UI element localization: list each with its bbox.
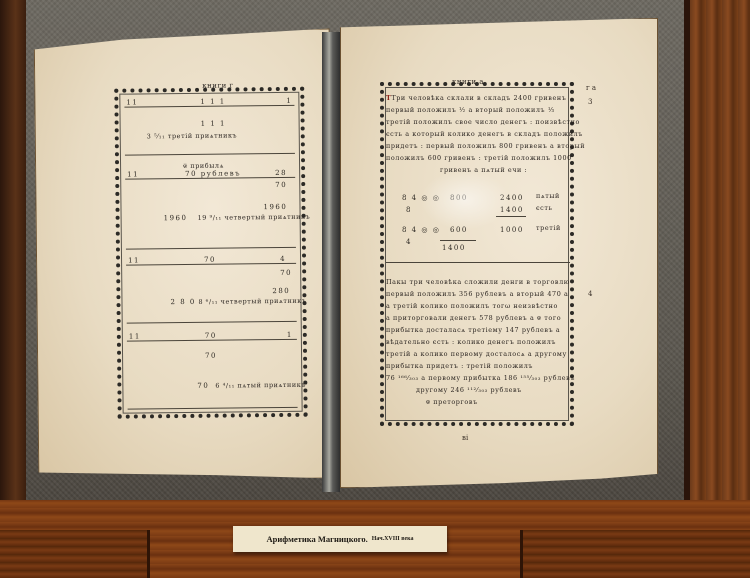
stack-value: 70 bbox=[197, 382, 209, 390]
ratio-value: 280 bbox=[272, 287, 290, 295]
result-text: 8 ⁶/₁₁ четвертый приѧтникъ bbox=[198, 295, 306, 308]
ratio-value: 70 bbox=[280, 269, 292, 277]
left-running-head: книги г bbox=[202, 81, 234, 89]
text-line: Пакы три человѣка сложили денги в торгов… bbox=[386, 276, 570, 288]
margin-note: 4 bbox=[588, 290, 592, 298]
text-line: а приторговали денегъ 578 рублевъ а ѿ то… bbox=[386, 312, 561, 324]
text-line: Три человѣка склали в складъ 2400 гривен… bbox=[391, 94, 566, 102]
right-running-head: книги а bbox=[452, 78, 484, 86]
light-glare bbox=[420, 170, 510, 230]
ratio-value: 70 рублевъ bbox=[185, 169, 241, 178]
shelf-block-left bbox=[0, 530, 150, 578]
ratio-value: 1 1 1 bbox=[201, 120, 226, 128]
ratio-value: 1000 bbox=[500, 226, 524, 234]
rule bbox=[386, 262, 570, 263]
margin-note: 3 bbox=[588, 98, 592, 106]
text-line: третій положилъ свое число денегъ : поиз… bbox=[386, 116, 580, 128]
ratio-value: 4 bbox=[280, 255, 286, 263]
result-text: 3 ⁵⁄₁₁ третій приѧтникъ bbox=[147, 129, 238, 142]
ratio-value: 11 bbox=[126, 98, 138, 106]
text-line: другому 246 ¹¹²⁄₃₀₃ рублевъ bbox=[416, 384, 522, 396]
stack-value: 8 bbox=[406, 206, 412, 214]
text-line: єсть а который колико денегъ в складъ по… bbox=[386, 128, 583, 140]
note: пѧтый bbox=[536, 190, 560, 202]
ratio-value: 1 1 1 bbox=[200, 98, 225, 106]
shelf-block-right bbox=[520, 530, 750, 578]
stack-value: 1960 bbox=[164, 214, 188, 222]
stack-value: 4 bbox=[406, 238, 412, 246]
ratio-value: 11 bbox=[129, 332, 141, 340]
book-spine bbox=[322, 32, 340, 492]
text-line: придетъ : первый положилъ 800 гривенъ а … bbox=[386, 140, 585, 152]
text-line: первый положилъ ½ а вторый положилъ ⅓ bbox=[386, 104, 555, 116]
result-text: 6 ⁴/₁₁ пѧтый приѧтникъ bbox=[215, 379, 306, 392]
museum-display-scene: книги г 11 1 1 1 1 1 1 1 3 ⁵⁄₁₁ третій п… bbox=[0, 0, 750, 578]
exhibit-label-title: Арифметика Магницкого. bbox=[266, 534, 367, 544]
rule bbox=[440, 240, 476, 241]
book-right-page: книги а г а 3 4 ТТри человѣка склали в с… bbox=[340, 18, 658, 488]
ratio-value: 1 bbox=[286, 97, 292, 105]
text-line: а третій колико положилъ тогω неизвѣстно bbox=[386, 300, 558, 312]
note: третій bbox=[536, 222, 561, 234]
ratio-value: 28 bbox=[275, 169, 287, 177]
exhibit-label: Арифметика Магницкого. Нач.XVIII века bbox=[233, 526, 447, 552]
text-line: ѿ преторговъ bbox=[426, 396, 478, 408]
text-line: положилъ 600 гривенъ : третій положилъ 1… bbox=[386, 152, 572, 164]
ratio-value: 70 bbox=[275, 181, 287, 189]
text-line: прибытка досталасѧ третіему 147 рублевъ … bbox=[386, 324, 560, 336]
total-value: 1400 bbox=[442, 244, 466, 252]
ratio-value: 1 bbox=[287, 331, 293, 339]
book-left-page: книги г 11 1 1 1 1 1 1 1 3 ⁵⁄₁₁ третій п… bbox=[34, 28, 335, 481]
note: єсть bbox=[536, 202, 553, 214]
ratio-value: 70 bbox=[204, 256, 216, 264]
text-line: первый положилъ 356 рублевъ а вторый 470… bbox=[386, 288, 568, 300]
ratio-value: 11 bbox=[127, 170, 139, 178]
ratio-value: 70 bbox=[205, 332, 217, 340]
ratio-value: 11 bbox=[128, 256, 140, 264]
stack-value: 2 8 0 bbox=[170, 298, 195, 306]
text-line: 76 ¹⁶⁶⁄₃₀₃ а первому прибытка 186 ¹⁵⁵⁄₃₀… bbox=[386, 372, 575, 384]
stack-value: 8 4 ◎ ◎ bbox=[402, 226, 440, 234]
result-text: 19 ⁹/₁₁ четвертый приѧтникъ bbox=[198, 211, 311, 224]
text-line: вѣдательно єсть : колико денегъ положилъ bbox=[386, 336, 556, 348]
display-frame-left bbox=[0, 0, 26, 578]
page-signature: ві bbox=[462, 434, 468, 442]
text-line: третій а колико первому досталосѧ а друг… bbox=[386, 348, 567, 360]
text-line: прибытка придетъ : третій положилъ bbox=[386, 360, 533, 372]
exhibit-label-date: Нач.XVIII века bbox=[372, 536, 414, 542]
ratio-value: 70 bbox=[205, 352, 217, 360]
ratio-value: 1960 bbox=[263, 203, 287, 211]
display-frame-right bbox=[684, 0, 750, 578]
margin-note: г а bbox=[586, 84, 596, 92]
